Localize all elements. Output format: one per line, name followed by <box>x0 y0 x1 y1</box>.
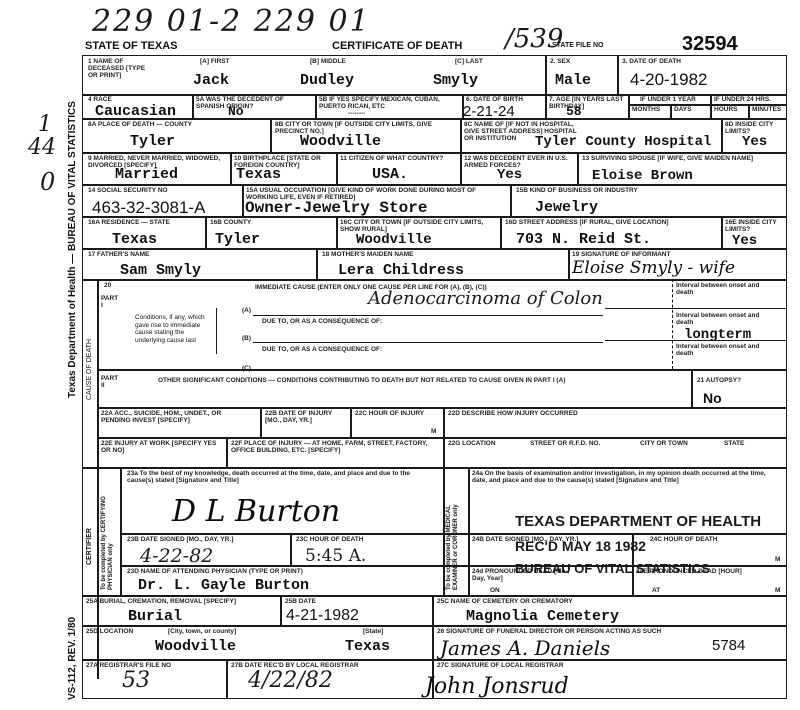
residence-county-value: Tyler <box>215 231 260 248</box>
examiner-statement-label: 24a On the basis of examination and/or i… <box>472 470 772 484</box>
date-of-death-label: 3. DATE OF DEATH <box>622 58 681 65</box>
due-to-label-1: DUE TO, OR AS A CONSEQUENCE OF: <box>262 318 382 325</box>
dob-label: 6. DATE OF BIRTH <box>466 96 523 103</box>
name-label: 1 NAME OF DECEASED [Type or print] <box>88 58 148 79</box>
funeral-director-label: 26 SIGNATURE OF FUNERAL DIRECTOR OR PERS… <box>437 628 661 635</box>
location-state-label: [State] <box>363 628 383 635</box>
disposition-date-label: 25b DATE <box>285 598 316 605</box>
agency-vertical-label: Texas Department of Health — BUREAU OF V… <box>67 101 78 398</box>
residence-city-value: Woodville <box>356 232 432 248</box>
informant-signature: Eloise Smyly - wife <box>572 258 735 278</box>
state-heading: STATE OF TEXAS <box>85 40 178 52</box>
injury-describe-label: 22d DESCRIBE HOW INJURY OCCURRED <box>448 410 578 417</box>
margin-mark-1: 1 <box>38 112 52 137</box>
certifier-statement-label: 23a To the best of my knowledge, death o… <box>127 470 432 484</box>
citizen-value: USA. <box>372 166 408 183</box>
ssn-value: 463-32-3081-A <box>92 198 205 218</box>
physician-label: 23d NAME OF ATTENDING PHYSICIAN (Type or… <box>127 568 303 575</box>
cause-a-value: Adenocarcinoma of Colon <box>368 288 603 309</box>
spanish-specify-value: -------- <box>348 110 365 117</box>
residence-state-value: Texas <box>112 231 157 248</box>
business-label: 15b KIND OF BUSINESS OR INDUSTRY <box>516 187 638 194</box>
days-label: Days <box>674 106 691 113</box>
injury-location-label: 22g LOCATION <box>448 440 496 447</box>
received-stamp-line1: TEXAS DEPARTMENT OF HEALTH <box>515 513 761 530</box>
physician-value: Dr. L. Gayle Burton <box>138 577 309 594</box>
injury-at-work-label: 22e INJURY AT WORK [Specify yes or no] <box>101 440 221 454</box>
hours-label: Hours <box>714 106 737 113</box>
last-name-value: Smyly <box>433 72 478 89</box>
months-label: Months <box>632 106 660 113</box>
injury-hour-suffix: M <box>431 428 436 435</box>
place-county-label: 8a PLACE OF DEATH — COUNTY <box>88 121 192 128</box>
certifying-physician-vertical: To be completed by CERTIFYING PHYSICIAN … <box>101 480 115 590</box>
residence-street-value: 703 N. Reid St. <box>516 231 651 248</box>
funeral-director-signature: James A. Daniels <box>440 636 610 660</box>
cause-b-label: (b) <box>242 335 251 342</box>
birthplace-value: Texas <box>236 166 281 183</box>
place-city-value: Woodville <box>300 133 381 150</box>
local-registrar-label: 27c SIGNATURE OF LOCAL REGISTRAR <box>437 662 564 669</box>
spanish-origin-value: No <box>228 104 244 119</box>
age-value: 58 <box>566 104 582 119</box>
business-value: Jewelry <box>535 199 598 216</box>
cause-of-death-vertical: CAUSE OF DEATH <box>86 339 93 400</box>
interval-c-label: Interval between onset and death <box>676 343 776 357</box>
medical-examiner-vertical: To be completed by MEDICAL EXAMINER or C… <box>446 475 460 590</box>
under-1-year-label: IF UNDER 1 YEAR <box>640 96 696 103</box>
date-signed-label: 23b DATE SIGNED [Mo., Day, Yr.] <box>127 536 233 543</box>
state-file-label: STATE FILE NO <box>552 42 603 49</box>
location-city-label: [City, town, or county] <box>168 628 236 635</box>
state-file-number: 32594 <box>682 33 738 56</box>
date-signed-value: 4-22-82 <box>140 545 213 567</box>
spanish-specify-label: 5b IF YES SPECIFY MEXICAN, CUBAN, PUERTO… <box>319 96 459 110</box>
race-value: Caucasian <box>95 103 176 120</box>
residence-state-label: 16a RESIDENCE — STATE <box>88 219 170 226</box>
received-stamp-line2: REC'D MAY 18 1982 <box>515 538 646 554</box>
cemetery-label: 25c NAME OF CEMETERY OR CREMATORY <box>437 598 573 605</box>
disposition-date-value: 4-21-1982 <box>286 607 359 625</box>
certifier-hour-label: 23c HOUR OF DEATH <box>296 536 363 543</box>
residence-street-label: 16d STREET ADDRESS [If rural, give locat… <box>505 219 669 226</box>
conditions-note: Conditions, if any, which gave rise to i… <box>135 314 215 344</box>
other-conditions-label: OTHER SIGNIFICANT CONDITIONS — CONDITION… <box>158 377 565 384</box>
race-label: 4 RACE <box>88 96 112 103</box>
spouse-value: Eloise Brown <box>592 168 693 184</box>
local-registrar-signature: John Jonsrud <box>425 674 569 699</box>
sex-value: Male <box>555 72 591 89</box>
armed-forces-value: Yes <box>497 167 522 183</box>
injury-manner-label: 22a ACC., SUICIDE, HOM., UNDET., OR PEND… <box>101 410 251 424</box>
margin-mark-0: 0 <box>40 168 55 196</box>
examiner-hour-suffix: M <box>775 556 780 563</box>
interval-a-label: Interval between onset and death <box>676 282 776 296</box>
received-stamp-line3: BUREAU OF VITAL STATISTICS <box>515 561 710 576</box>
middle-name-label: [b] Middle <box>310 58 346 65</box>
residence-inside-city-label: 16e INSIDE CITY LIMITS? <box>725 219 785 233</box>
due-to-label-2: DUE TO, OR AS A CONSEQUENCE OF: <box>262 346 382 353</box>
handwritten-file-ref: 229 01-2 229 01 <box>92 4 371 39</box>
disposition-location-label: 25d LOCATION <box>86 628 133 635</box>
injury-city-label: CITY OR TOWN <box>640 440 688 447</box>
certifier-signature: D L Burton <box>172 494 340 529</box>
hospital-value: Tyler County Hospital <box>535 134 711 150</box>
injury-street-label: STREET OR R.F.D. NO. <box>530 440 600 447</box>
occupation-value: Owner-Jewelry Store <box>245 199 427 217</box>
father-value: Sam Smyly <box>120 262 201 279</box>
handwritten-number: /539 <box>505 24 563 54</box>
part1-label: PART I <box>101 295 121 309</box>
mother-value: Lera Childress <box>338 262 464 279</box>
place-county-value: Tyler <box>130 133 175 150</box>
first-name-value: Jack <box>193 72 229 89</box>
margin-mark-44: 44 <box>28 135 56 160</box>
minutes-label: Minutes <box>752 106 781 113</box>
mother-label: 18 MOTHER'S MAIDEN NAME <box>322 251 413 258</box>
at-suffix: M <box>775 587 780 594</box>
spouse-label: 13 SURVIVING SPOUSE [If wife, give maide… <box>582 155 782 162</box>
certifier-vertical: CERTIFIER <box>86 528 93 565</box>
age-label: 7. AGE [In years last birthday] <box>549 96 624 110</box>
under-24-label: IF UNDER 24 HRS. <box>714 96 771 103</box>
citizen-label: 11 CITIZEN OF WHAT COUNTRY? <box>340 155 455 162</box>
ssn-label: 14 SOCIAL SECURITY NO <box>88 187 168 194</box>
date-of-death-value: 4-20-1982 <box>630 70 708 90</box>
middle-name-value: Dudley <box>300 72 354 89</box>
examiner-hour-label: 24c HOUR OF DEATH <box>650 536 717 543</box>
place-inside-city-label: 8d INSIDE CITY LIMITS? <box>725 121 785 135</box>
first-name-label: [a] First <box>200 58 230 65</box>
injury-place-label: 22f PLACE OF INJURY — At home, farm, str… <box>231 440 439 454</box>
interval-b-value: longterm <box>684 327 751 343</box>
registrar-file-value: 53 <box>122 668 150 693</box>
residence-county-label: 16b COUNTY <box>210 219 251 226</box>
marital-value: Married <box>115 166 178 183</box>
residence-city-label: 16c CITY OR TOWN [If outside city limits… <box>340 219 495 233</box>
cause-item-number: 20 <box>104 282 111 289</box>
last-name-label: [c] Last <box>455 58 483 65</box>
location-city-value: Woodville <box>155 638 236 655</box>
disposition-method-label: 25a BURIAL, CREMATION, REMOVAL [Specify] <box>86 598 236 605</box>
form-id-vertical: VS-112, REV. 1/80 <box>67 617 78 700</box>
sex-label: 2. SEX <box>550 58 570 65</box>
cause-a-label: (a) <box>242 307 251 314</box>
autopsy-label: 21 AUTOPSY? <box>697 377 741 384</box>
injury-hour-label: 22c HOUR OF INJURY <box>355 410 435 417</box>
interval-b-label: Interval between onset and death <box>676 312 776 326</box>
informant-label: 19 SIGNATURE OF INFORMANT <box>572 251 670 258</box>
certifier-hour-value: 5:45 A. <box>305 546 366 566</box>
residence-inside-city-value: Yes <box>732 233 757 249</box>
injury-date-label: 22b DATE OF INJURY [Mo., Day, Yr.] <box>265 410 345 424</box>
at-label: AT <box>652 587 660 594</box>
location-state-value: Texas <box>345 638 390 655</box>
part2-label: PART II <box>101 375 121 389</box>
father-label: 17 FATHER'S NAME <box>88 251 149 258</box>
place-inside-city-value: Yes <box>742 134 767 150</box>
dob-value: 2-21-24 <box>463 103 515 120</box>
funeral-director-license: 5784 <box>712 637 745 654</box>
date-received-value: 4/22/82 <box>248 668 333 693</box>
cemetery-value: Magnolia Cemetery <box>466 608 619 625</box>
disposition-method-value: Burial <box>128 608 182 625</box>
autopsy-value: No <box>703 390 722 406</box>
spanish-origin-label: 5a WAS THE DECEDENT OF SPANISH ORIGIN? <box>196 96 311 110</box>
on-label: ON <box>490 587 500 594</box>
certificate-title: CERTIFICATE OF DEATH <box>332 40 462 52</box>
injury-state-label: STATE <box>724 440 744 447</box>
